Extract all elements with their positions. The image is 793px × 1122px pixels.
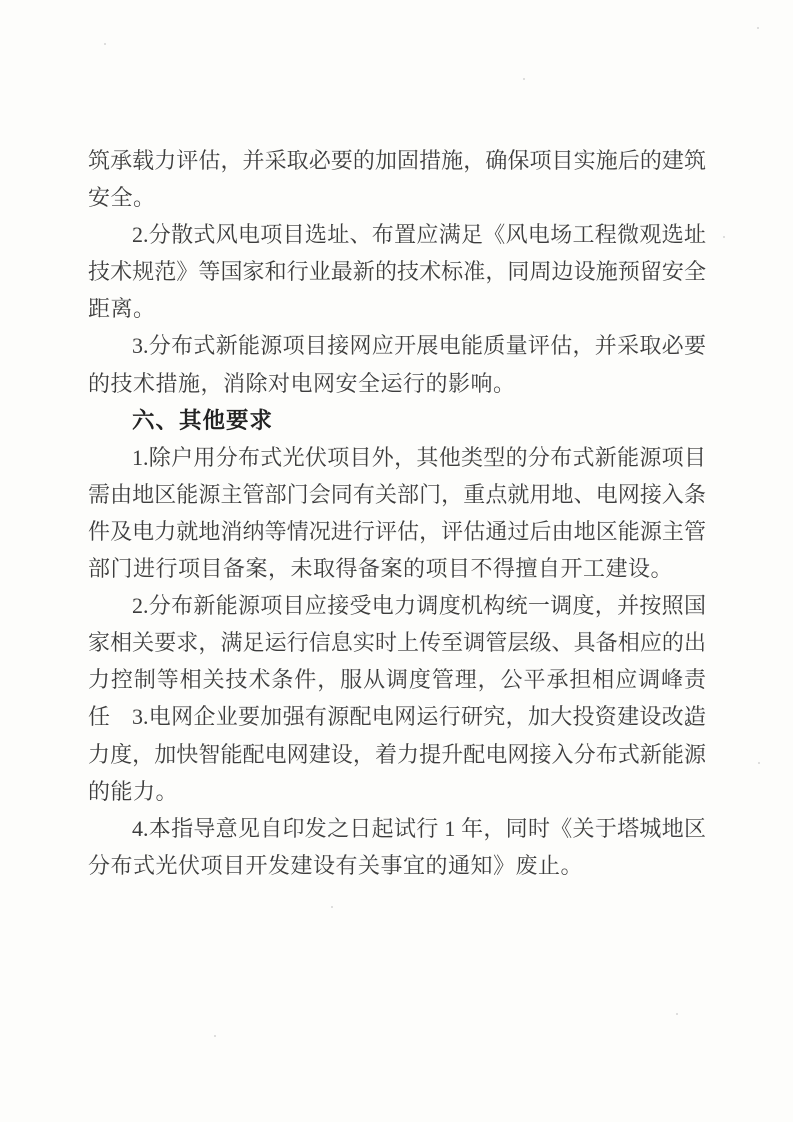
text-line: 2.分布新能源项目应接受电力调度机构统一调度，并按照国 <box>88 587 706 624</box>
text-line: 1.除户用分布式光伏项目外，其他类型的分布式新能源项目 <box>88 439 706 476</box>
text-line: 分布式光伏项目开发建设有关事宜的通知》废止。 <box>88 847 706 884</box>
text-line: 4.本指导意见自印发之日起试行 1 年，同时《关于塔城地区 <box>88 810 706 847</box>
text-line: 家相关要求，满足运行信息实时上传至调管层级、具备相应的出 <box>88 624 706 661</box>
text-line: 2.分散式风电项目选址、布置应满足《风电场工程微观选址 <box>88 216 706 253</box>
scan-speck <box>331 906 333 908</box>
text-line: 的能力。 <box>88 773 706 810</box>
text-line: 的技术措施，消除对电网安全运行的影响。 <box>88 365 706 402</box>
text-line: 力控制等相关技术条件，服从调度管理，公平承担相应调峰责任。 <box>88 661 706 698</box>
scan-speck <box>757 27 759 29</box>
document-text-block: 筑承载力评估，并采取必要的加固措施，确保项目实施后的建筑安全。2.分散式风电项目… <box>88 142 706 884</box>
text-line: 力度，加快智能配电网建设，着力提升配电网接入分布式新能源 <box>88 736 706 773</box>
scan-speck <box>96 748 98 750</box>
scan-speck <box>540 741 542 743</box>
section-heading: 六、其他要求 <box>88 402 706 439</box>
text-line: 技术规范》等国家和行业最新的技术标准，同周边设施预留安全 <box>88 253 706 290</box>
text-line: 筑承载力评估，并采取必要的加固措施，确保项目实施后的建筑 <box>88 142 706 179</box>
scan-speck <box>104 43 106 45</box>
text-line: 需由地区能源主管部门会同有关部门，重点就用地、电网接入条 <box>88 476 706 513</box>
text-line: 安全。 <box>88 179 706 216</box>
text-line: 3.电网企业要加强有源配电网运行研究，加大投资建设改造 <box>88 698 706 735</box>
text-line: 部门进行项目备案，未取得备案的项目不得擅自开工建设。 <box>88 550 706 587</box>
scan-speck <box>723 236 725 238</box>
scan-speck <box>523 78 525 80</box>
scanned-document-page: 筑承载力评估，并采取必要的加固措施，确保项目实施后的建筑安全。2.分散式风电项目… <box>0 0 793 1122</box>
scan-speck <box>214 1035 216 1037</box>
scan-speck <box>676 1013 678 1015</box>
scan-speck <box>758 762 760 764</box>
text-line: 件及电力就地消纳等情况进行评估，评估通过后由地区能源主管 <box>88 513 706 550</box>
text-line: 3.分布式新能源项目接网应开展电能质量评估，并采取必要 <box>88 327 706 364</box>
text-line: 距离。 <box>88 290 706 327</box>
